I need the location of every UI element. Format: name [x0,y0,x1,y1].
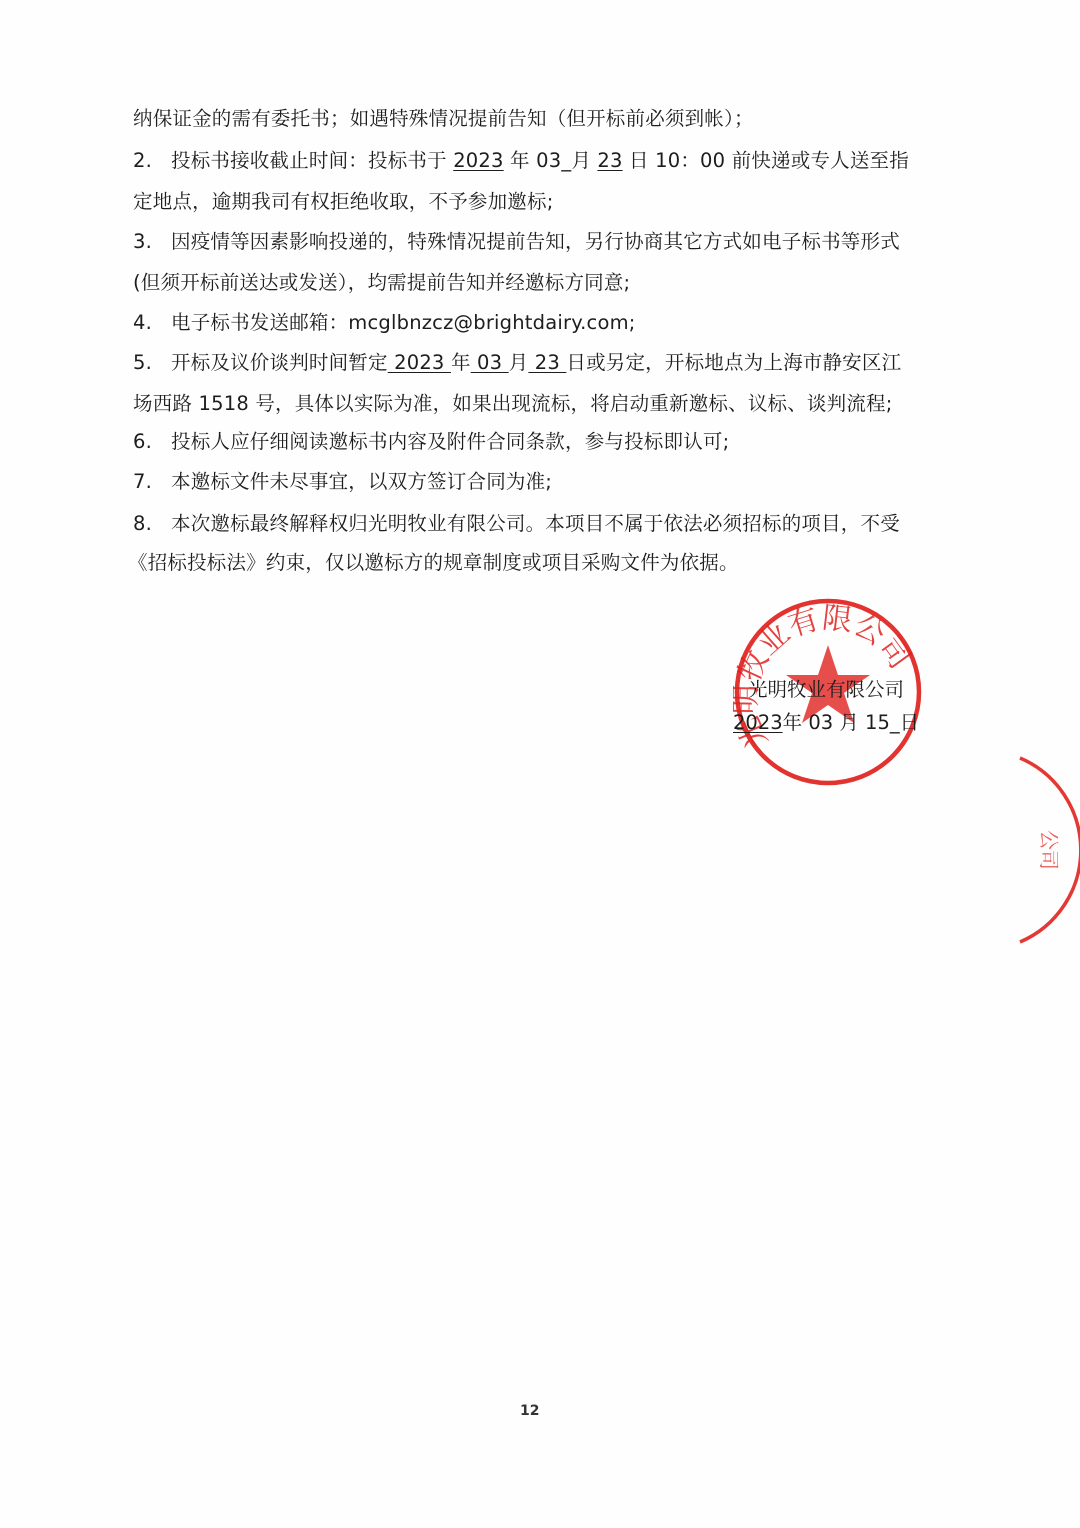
line-text: 日 10：00 前快递或专人送至指 [623,149,909,172]
signature-year: 2023 [733,711,783,734]
line-text: 纳保证金的需有委托书；如遇特殊情况提前告知（但开标前必须到帐）； [133,107,754,130]
item-8-line-2: 《招标投标法》约束，仅以邀标方的规章制度或项目采购文件为依据。 [128,551,739,575]
item-number: 3. [133,230,171,254]
deadline-year: 2023 [453,149,503,172]
line-text: 月 [571,149,597,172]
line-text: 日或另定，开标地点为上海市静安区江 [566,351,901,374]
item-number: 5. [133,351,171,375]
line-text: 定地点，逾期我司有权拒绝收取，不予参加邀标; [133,190,553,213]
line-text: 投标人应仔细阅读邀标书内容及附件合同条款，参与投标即认可; [171,430,729,453]
signature-date-rest: 年 03 月 15_日 [783,711,919,734]
partial-seal-text: 公司 [1037,830,1061,870]
item-number: 8. [133,512,171,536]
line-text: 年 [451,351,471,374]
line-text: 本次邀标最终解释权归光明牧业有限公司。本项目不属于依法必须招标的项目，不受 [171,512,900,535]
opening-year: 2023 [388,351,451,374]
item-number: 4. [133,311,171,335]
signature-company: 光明牧业有限公司 [748,674,904,702]
line-text: 《招标投标法》约束，仅以邀标方的规章制度或项目采购文件为依据。 [128,551,739,574]
item-6-line-1: 6.投标人应仔细阅读邀标书内容及附件合同条款，参与投标即认可; [133,430,729,454]
item-5-line-2: 场西路 1518 号，具体以实际为准，如果出现流标，将启动重新邀标、议标、谈判流… [133,392,893,416]
signature-date: 2023年 03 月 15_日 [733,707,919,735]
deadline-day: 23 [597,149,622,172]
item-4-line-1: 4.电子标书发送邮箱：mcglbnzcz@brightdairy.com; [133,311,636,335]
email-text: 电子标书发送邮箱：mcglbnzcz@brightdairy.com; [171,311,636,334]
opening-month: 03 [471,351,509,374]
item-2-line-2: 定地点，逾期我司有权拒绝收取，不予参加邀标; [133,190,553,214]
item-3-line-2: (但须开标前送达或发送），均需提前告知并经邀标方同意; [133,271,630,295]
text-line-1: 纳保证金的需有委托书；如遇特殊情况提前告知（但开标前必须到帐）； [133,107,754,131]
line-text: _ [561,149,571,172]
item-number: 7. [133,470,171,494]
partial-seal-icon: 公司 [1000,750,1080,950]
item-8-line-1: 8.本次邀标最终解释权归光明牧业有限公司。本项目不属于依法必须招标的项目，不受 [133,512,900,536]
item-5-line-1: 5.开标及议价谈判时间暂定 2023 年 03 月 23 日或另定，开标地点为上… [133,351,901,375]
line-text: 年 03 [504,149,562,172]
item-number: 6. [133,430,171,454]
line-text: 投标书接收截止时间：投标书于 [171,149,453,172]
document-page: 纳保证金的需有委托书；如遇特殊情况提前告知（但开标前必须到帐）； 2.投标书接收… [0,0,1080,1528]
line-text: 开标及议价谈判时间暂定 [171,351,388,374]
line-text: 月 [509,351,529,374]
line-text: 场西路 1518 号，具体以实际为准，如果出现流标，将启动重新邀标、议标、谈判流… [133,392,893,415]
opening-day: 23 [528,351,566,374]
line-text: 因疫情等因素影响投递的，特殊情况提前告知，另行协商其它方式如电子标书等形式 [171,230,900,253]
item-7-line-1: 7.本邀标文件未尽事宜，以双方签订合同为准; [133,470,552,494]
page-number: 12 [520,1403,539,1419]
item-number: 2. [133,149,171,173]
line-text: 本邀标文件未尽事宜，以双方签订合同为准; [171,470,552,493]
item-3-line-1: 3.因疫情等因素影响投递的，特殊情况提前告知，另行协商其它方式如电子标书等形式 [133,230,900,254]
item-2-line-1: 2.投标书接收截止时间：投标书于 2023 年 03_月 23 日 10：00 … [133,149,909,173]
line-text: (但须开标前送达或发送），均需提前告知并经邀标方同意; [133,271,630,294]
